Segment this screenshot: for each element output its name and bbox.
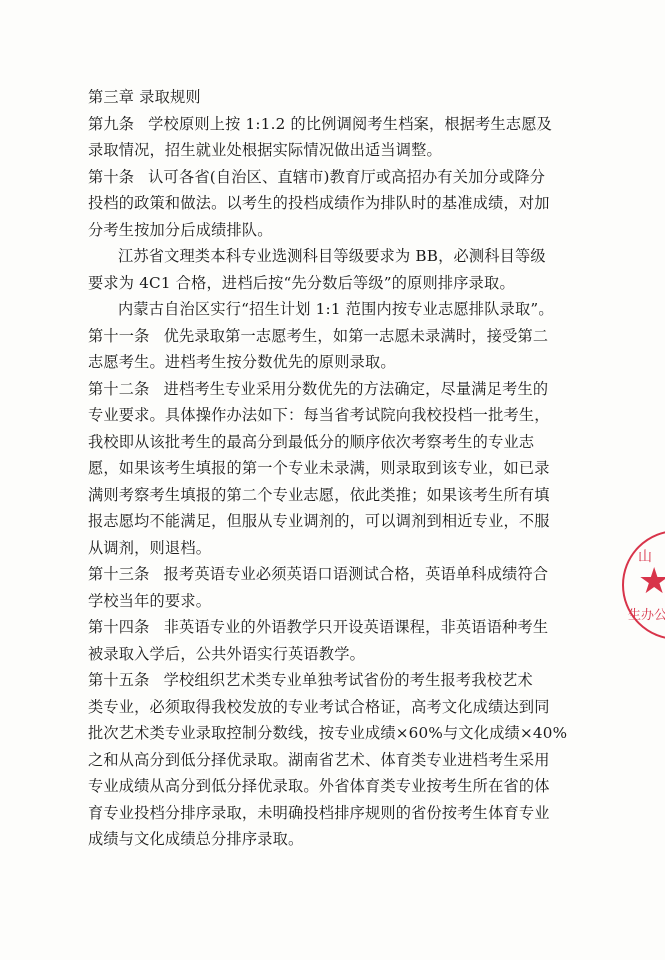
line-text: 专业成绩从高分到低分择优录取。外省体育类专业按考生所在省的体 (88, 777, 550, 795)
article-line: 第十一条优先录取第一志愿考生，如第一志愿未录满时，接受第二 (88, 323, 608, 350)
article-label: 第十一条 (88, 327, 150, 345)
article-label: 第十三条 (88, 565, 150, 583)
text-line: 江苏省文理类本科专业选测科目等级要求为 BB，必测科目等级 (88, 243, 608, 270)
line-text: 学校原则上按 1:1.2 的比例调阅考生档案，根据考生志愿及 (148, 115, 552, 133)
text-line: 愿，如果该考生填报的第一个专业未录满，则录取到该专业，如已录 (88, 455, 608, 482)
article-label: 第十五条 (88, 671, 150, 689)
article-label: 第十四条 (88, 618, 150, 636)
line-text: 育专业投档分排序录取，未明确投档排序规则的省份按考生体育专业 (88, 804, 550, 822)
line-text: 愿，如果该考生填报的第一个专业未录满，则录取到该专业，如已录 (88, 459, 550, 477)
article-line: 第十四条非英语专业的外语教学只开设英语课程，非英语语种考生 (88, 614, 608, 641)
line-text: 录取情况，招生就业处根据实际情况做出适当调整。 (88, 141, 442, 159)
article-label: 第十二条 (88, 380, 150, 398)
star-icon: ★ (638, 564, 665, 600)
line-text: 志愿考生。进档考生按分数优先的原则录取。 (88, 353, 396, 371)
line-text: 成绩与文化成绩总分排序录取。 (88, 830, 303, 848)
text-line: 内蒙古自治区实行“招生计划 1:1 范围内按专业志愿排队录取”。 (88, 296, 608, 323)
line-text: 学校组织艺术类专业单独考试省份的考生报考我校艺术 (164, 671, 533, 689)
line-text: 要求为 4C1 合格，进档后按“先分数后等级”的原则排序录取。 (88, 274, 515, 292)
line-text: 学校当年的要求。 (88, 592, 211, 610)
article-label: 第九条 (88, 115, 134, 133)
document-page: 第三章 录取规则 第九条学校原则上按 1:1.2 的比例调阅考生档案，根据考生志… (0, 0, 665, 960)
line-text: 内蒙古自治区实行“招生计划 1:1 范围内按专业志愿排队录取”。 (118, 300, 554, 318)
text-line: 分考生按加分后成绩排队。 (88, 217, 608, 244)
article-label: 第十条 (88, 168, 134, 186)
line-text: 专业要求。具体操作办法如下：每当省考试院向我校投档一批考生， (88, 406, 550, 424)
article-line: 第十二条进档考生专业采用分数优先的方法确定，尽量满足考生的 (88, 376, 608, 403)
text-line: 专业成绩从高分到低分择优录取。外省体育类专业按考生所在省的体 (88, 773, 608, 800)
text-line: 志愿考生。进档考生按分数优先的原则录取。 (88, 349, 608, 376)
text-line: 批次艺术类专业录取控制分数线，按专业成绩×60%与文化成绩×40% (88, 720, 608, 747)
line-text: 我校即从该批考生的最高分到最低分的顺序依次考察考生的专业志 (88, 433, 534, 451)
article-line: 第九条学校原则上按 1:1.2 的比例调阅考生档案，根据考生志愿及 (88, 111, 608, 138)
line-text: 批次艺术类专业录取控制分数线，按专业成绩×60%与文化成绩×40% (88, 724, 567, 742)
line-text: 江苏省文理类本科专业选测科目等级要求为 BB，必测科目等级 (118, 247, 546, 265)
line-text: 优先录取第一志愿考生，如第一志愿未录满时，接受第二 (164, 327, 549, 345)
text-line: 录取情况，招生就业处根据实际情况做出适当调整。 (88, 137, 608, 164)
text-line: 学校当年的要求。 (88, 588, 608, 615)
document-body: 第三章 录取规则 第九条学校原则上按 1:1.2 的比例调阅考生档案，根据考生志… (88, 84, 608, 853)
line-text: 进档考生专业采用分数优先的方法确定，尽量满足考生的 (164, 380, 549, 398)
text-line: 我校即从该批考生的最高分到最低分的顺序依次考察考生的专业志 (88, 429, 608, 456)
official-seal-stamp: 山 ★ 生办公 (622, 530, 665, 640)
line-text: 满则考察考生填报的第二个专业志愿，依此类推；如果该考生所有填 (88, 486, 550, 504)
text-line: 成绩与文化成绩总分排序录取。 (88, 826, 608, 853)
line-text: 分考生按加分后成绩排队。 (88, 221, 273, 239)
text-line: 被录取入学后，公共外语实行英语教学。 (88, 641, 608, 668)
text-line: 满则考察考生填报的第二个专业志愿，依此类推；如果该考生所有填 (88, 482, 608, 509)
line-text: 非英语专业的外语教学只开设英语课程，非英语语种考生 (164, 618, 549, 636)
text-line: 之和从高分到低分择优录取。湖南省艺术、体育类专业进档考生采用 (88, 747, 608, 774)
line-text: 报志愿均不能满足，但服从专业调剂的，可以调剂到相近专业，不服 (88, 512, 550, 530)
text-line: 报志愿均不能满足，但服从专业调剂的，可以调剂到相近专业，不服 (88, 508, 608, 535)
text-line: 要求为 4C1 合格，进档后按“先分数后等级”的原则排序录取。 (88, 270, 608, 297)
chapter-title: 第三章 录取规则 (88, 84, 608, 111)
line-text: 之和从高分到低分择优录取。湖南省艺术、体育类专业进档考生采用 (88, 751, 550, 769)
stamp-bottom-text: 生办公 (628, 604, 665, 623)
line-text: 报考英语专业必须英语口语测试合格，英语单科成绩符合 (164, 565, 549, 583)
line-text: 认可各省(自治区、直辖市)教育厅或高招办有关加分或降分 (148, 168, 545, 186)
article-line: 第十条认可各省(自治区、直辖市)教育厅或高招办有关加分或降分 (88, 164, 608, 191)
text-line: 育专业投档分排序录取，未明确投档排序规则的省份按考生体育专业 (88, 800, 608, 827)
article-line: 第十五条学校组织艺术类专业单独考试省份的考生报考我校艺术 (88, 667, 608, 694)
line-text: 类专业，必须取得我校发放的专业考试合格证，高考文化成绩达到同 (88, 698, 550, 716)
line-text: 被录取入学后，公共外语实行英语教学。 (88, 645, 365, 663)
line-text: 从调剂，则退档。 (88, 539, 211, 557)
text-line: 投档的政策和做法。以考生的投档成绩作为排队时的基准成绩，对加 (88, 190, 608, 217)
line-text: 投档的政策和做法。以考生的投档成绩作为排队时的基准成绩，对加 (88, 194, 550, 212)
text-line: 类专业，必须取得我校发放的专业考试合格证，高考文化成绩达到同 (88, 694, 608, 721)
article-line: 第十三条报考英语专业必须英语口语测试合格，英语单科成绩符合 (88, 561, 608, 588)
document-lines: 第九条学校原则上按 1:1.2 的比例调阅考生档案，根据考生志愿及录取情况，招生… (88, 111, 608, 853)
text-line: 专业要求。具体操作办法如下：每当省考试院向我校投档一批考生， (88, 402, 608, 429)
text-line: 从调剂，则退档。 (88, 535, 608, 562)
